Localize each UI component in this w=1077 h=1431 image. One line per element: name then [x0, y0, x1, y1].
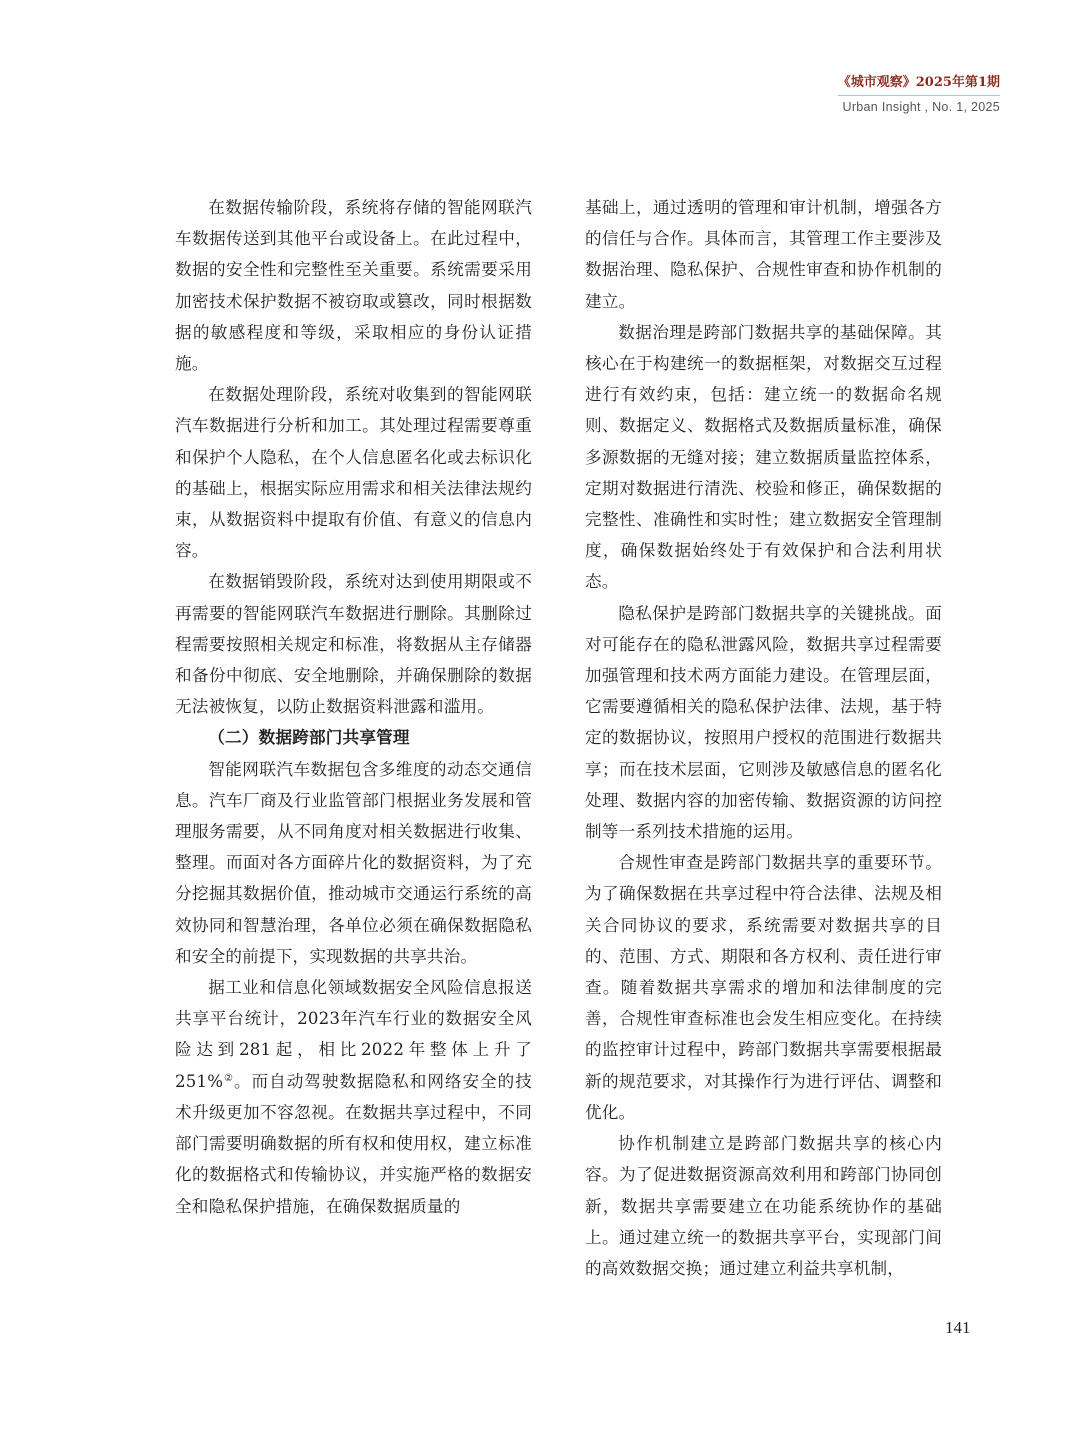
journal-title-en: Urban Insight , No. 1, 2025: [838, 98, 1000, 116]
paragraph-privacy-protection: 隐私保护是跨部门数据共享的关键挑战。面对可能存在的隐私泄露风险，数据共享过程需要…: [585, 598, 942, 848]
paragraph-processing: 在数据处理阶段，系统对收集到的智能网联汽车数据进行分析和加工。其处理过程需要尊重…: [175, 379, 532, 566]
paragraph-data-governance: 数据治理是跨部门数据共享的基础保障。其核心在于构建统一的数据框架，对数据交互过程…: [585, 317, 942, 598]
paragraph-multidimensional-data: 智能网联汽车数据包含多维度的动态交通信息。汽车厂商及行业监管部门根据业务发展和管…: [175, 754, 532, 972]
paragraph-transmission: 在数据传输阶段，系统将存储的智能网联汽车数据传送到其他平台或设备上。在此过程中，…: [175, 192, 532, 379]
footnote-ref[interactable]: ②: [223, 1073, 234, 1084]
paragraph-collaboration-mechanism: 协作机制建立是跨部门数据共享的核心内容。为了促进数据资源高效利用和跨部门协同创新…: [585, 1128, 942, 1284]
right-column: 基础上，通过透明的管理和审计机制，增强各方的信任与合作。具体而言，其管理工作主要…: [585, 192, 942, 1284]
paragraph-destruction: 在数据销毁阶段，系统对达到使用期限或不再需要的智能网联汽车数据进行删除。其删除过…: [175, 566, 532, 722]
statistics-text-b: 。而自动驾驶数据隐私和网络安全的技术升级更加不容忽视。在数据共享过程中，不同部门…: [175, 1072, 532, 1216]
section-heading: （二）数据跨部门共享管理: [175, 722, 532, 753]
journal-title-cn: 《城市观察》2025年第1期: [838, 74, 1000, 96]
paragraph-statistics: 据工业和信息化领域数据安全风险信息报送共享平台统计，2023年汽车行业的数据安全…: [175, 972, 532, 1222]
paragraph-continuation: 基础上，通过透明的管理和审计机制，增强各方的信任与合作。具体而言，其管理工作主要…: [585, 192, 942, 317]
page-number: 141: [945, 1318, 971, 1338]
paragraph-compliance-review: 合规性审查是跨部门数据共享的重要环节。为了确保数据在共享过程中符合法律、法规及相…: [585, 847, 942, 1128]
left-column: 在数据传输阶段，系统将存储的智能网联汽车数据传送到其他平台或设备上。在此过程中，…: [175, 192, 532, 1222]
running-header: 《城市观察》2025年第1期 Urban Insight , No. 1, 20…: [838, 74, 1000, 116]
